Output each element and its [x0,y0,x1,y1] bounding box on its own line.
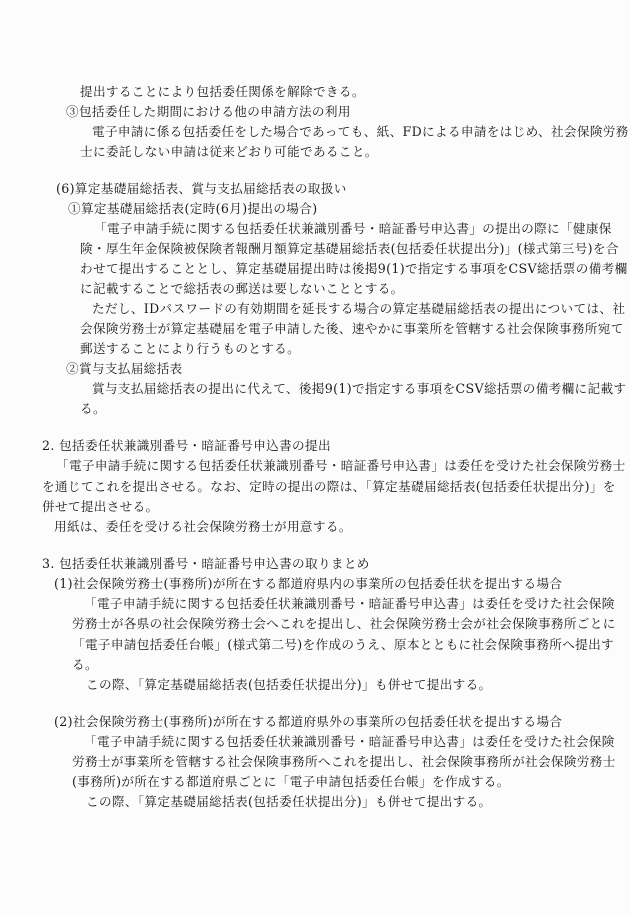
list-item-heading: ③包括委任した期間における他の申請方法の利用 [66,104,351,120]
text-line: 「電子申請手続に関する包括委任状兼識別番号・暗証番号申込書」は委任を受けた社会保… [84,596,615,612]
text-line: 会保険労務士が算定基礎届を電子申請した後、速やかに事業所を管轄する社会保険事務所… [80,321,624,337]
text-line: わせて提出することとし、算定基礎届提出時は後掲9(1)で指定する事項をCSV総括… [80,261,628,277]
text-line: 郵送することにより行うものとする。 [80,341,300,357]
text-line: 賞与支払届総括表の提出に代えて、後掲9(1)で指定する事項をCSV総括票の備考欄… [92,381,626,397]
text-line: ただし、IDパスワードの有効期間を延長する場合の算定基礎届総括表の提出については… [92,301,625,317]
subsection-heading: (2)社会保険労務士(事務所)が所在する都道府県外の事業所の包括委任状を提出する… [54,714,562,730]
text-line: 「電子申請手続に関する包括委任状兼識別番号・暗証番号申込書」の提出の際に「健康保 [94,221,612,237]
text-line: 「電子申請包括委任台帳」(様式第二号)を作成のうえ、原本とともに社会保険事務所へ… [72,637,614,653]
text-line: 労務士が事業所を管轄する社会保険事務所へこれを提出し、社会保険事務所が社会保険労… [72,754,616,770]
text-line: 「電子申請手続に関する包括委任状兼識別番号・暗証番号申込書」は委任を受けた社会保… [56,458,626,474]
text-line: に記載することで総括表の郵送は要しないこととする。 [80,281,404,297]
list-item-heading: ①算定基礎届総括表(定時(6月)提出の場合) [68,201,317,217]
text-line: を通じてこれを提出させる。なお、定時の提出の際は、「算定基礎届総括表(包括委任状… [42,479,616,495]
text-line: 険・厚生年金保険被保険者報酬月額算定基礎届総括表(包括委任状提出分)」(様式第三… [80,241,619,257]
text-line: 併せて提出させる。 [42,499,159,515]
text-line: 用紙は、委任を受ける社会保険労務士が用意する。 [54,519,352,535]
text-line: る。 [72,657,98,673]
document-page: 提出することにより包括委任関係を解除できる。 ③包括委任した期間における他の申請… [0,0,630,916]
list-item-heading: ②賞与支払届総括表 [66,361,183,377]
subsection-heading: (1)社会保険労務士(事務所)が所在する都道府県内の事業所の包括委任状を提出する… [54,576,562,592]
text-line: 「電子申請手続に関する包括委任状兼識別番号・暗証番号申込書」は委任を受けた社会保… [84,734,615,750]
section-heading: (6)算定基礎届総括表、賞与支払届総括表の取扱い [56,181,347,197]
text-line: この際、「算定基礎届総括表(包括委任状提出分)」も併せて提出する。 [86,794,491,810]
section-heading: 2. 包括委任状兼識別番号・暗証番号申込書の提出 [42,438,331,454]
text-line: (事務所)が所在する都道府県ごとに「電子申請包括委任台帳」を作成する。 [72,774,510,790]
section-heading: 3. 包括委任状兼識別番号・暗証番号申込書の取りまとめ [42,556,370,572]
text-line: 提出することにより包括委任関係を解除できる。 [80,84,365,100]
text-line: 労務士が各県の社会保険労務士会へこれを提出し、社会保険労務士会が社会保険事務所ご… [72,616,616,632]
text-line: る。 [80,401,106,417]
text-line: この際、「算定基礎届総括表(包括委任状提出分)」も併せて提出する。 [86,677,491,693]
text-line: 電子申請に係る包括委任をした場合であっても、紙、FDによる申請をはじめ、社会保険… [92,124,629,140]
text-line: 士に委託しない申請は従来どおり可能であること。 [80,144,378,160]
